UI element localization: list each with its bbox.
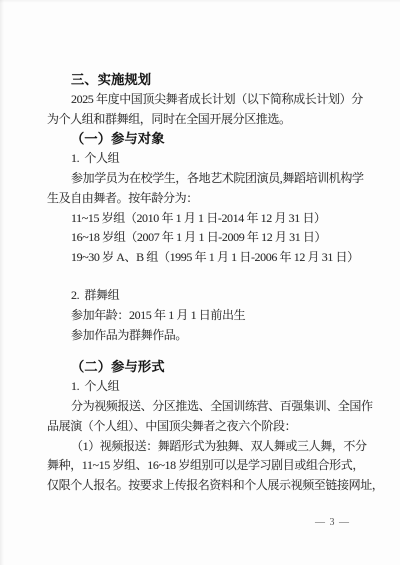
document-page: 三、实施规划 2025 年度中国顶尖舞者成长计划（以下简称成长计划）分 为个人组… <box>0 0 400 565</box>
heading-participation-format: （二）参与形式 <box>47 357 366 377</box>
document-body: 三、实施规划 2025 年度中国顶尖舞者成长计划（以下简称成长计划）分 为个人组… <box>0 0 400 496</box>
line-group-dance-age: 参加年龄：2015 年 1 月 1 日前出生 <box>47 306 366 326</box>
para-video-submission-line-1: （1）视频报送：舞蹈形式为独舞、双人舞或三人舞，不分 <box>47 437 366 457</box>
line-group-dance-work: 参加作品为群舞作品。 <box>47 326 366 346</box>
para-participants-line-2: 生及自由舞者。按年龄分为： <box>47 189 366 209</box>
para-video-submission-line-3: 仅限个人报名。按要求上传报名资料和个人展示视频至链接网址， <box>47 476 366 496</box>
para-format-line-1: 分为视频报送、分区推选、全国训练营、百强集训、全国作 <box>47 397 366 417</box>
para-format-line-2: 品展演（个人组）、中国顶尖舞者之夜六个阶段： <box>47 417 366 437</box>
para-participants-line-1: 参加学员为在校学生，各地艺术院团演员,舞蹈培训机构学 <box>47 169 366 189</box>
age-group-16-18: 16~18 岁组（2007 年 1 月 1 日-2009 年 12 月 31 日… <box>47 228 366 248</box>
para-intro-line-1: 2025 年度中国顶尖舞者成长计划（以下简称成长计划）分 <box>47 90 366 110</box>
heading-implementation-plan: 三、实施规划 <box>47 70 366 90</box>
item-individual-group: 1. 个人组 <box>47 149 366 169</box>
para-intro-line-2: 为个人组和群舞组，同时在全国开展分区推选。 <box>47 110 366 130</box>
page-number: — 3 — <box>315 517 350 528</box>
age-group-11-15: 11~15 岁组（2010 年 1 月 1 日-2014 年 12 月 31 日… <box>47 209 366 229</box>
para-video-submission-line-2: 舞种，11~15 岁组、16~18 岁组别可以是学习剧目或组合形式， <box>47 456 366 476</box>
heading-participants: （一）参与对象 <box>47 129 366 149</box>
item-group-dance: 2. 群舞组 <box>47 286 366 306</box>
item-individual-group-2: 1. 个人组 <box>47 377 366 397</box>
age-group-19-30: 19~30 岁 A、B 组（1995 年 1 月 1 日-2006 年 12 月… <box>47 248 366 268</box>
